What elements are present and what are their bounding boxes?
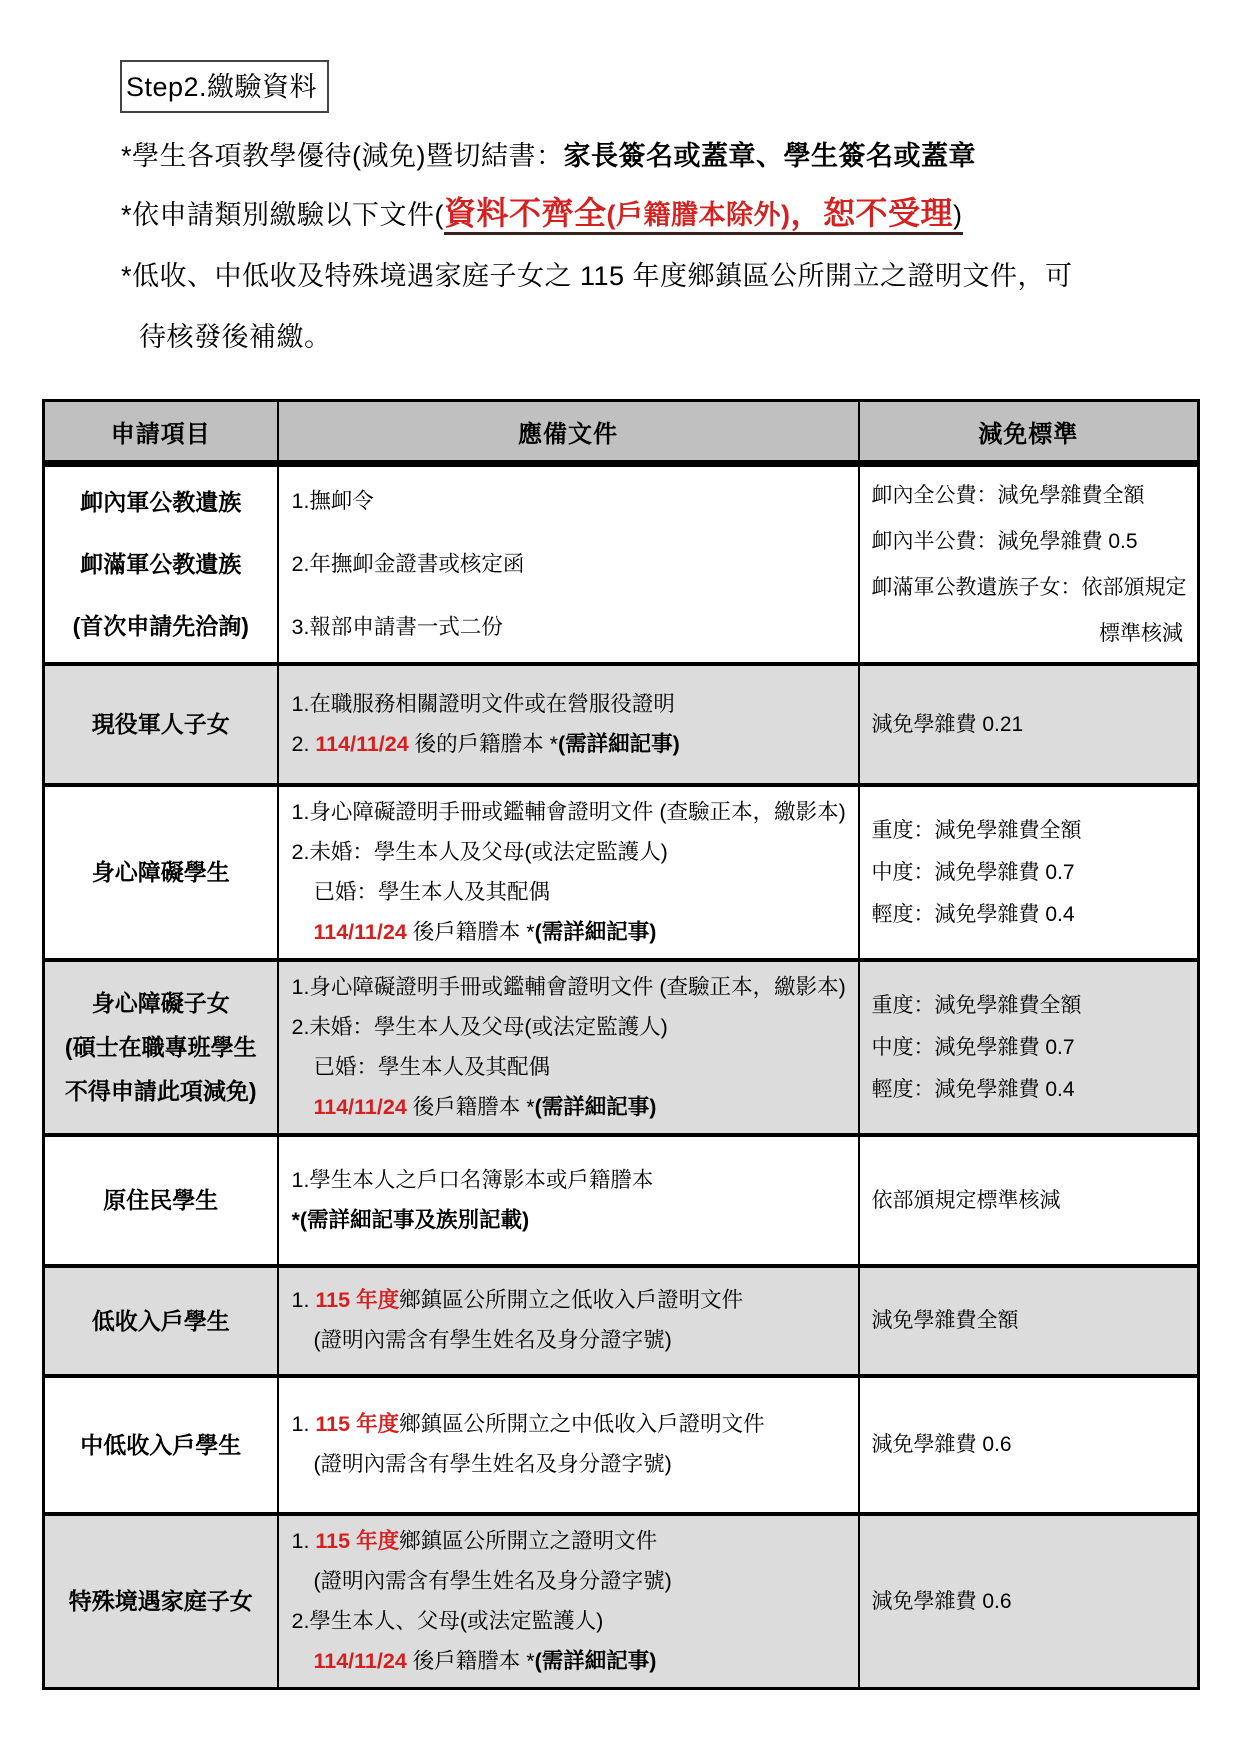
text-segment: (證明內需含有學生姓名及身分證字號) [314, 1452, 672, 1476]
standard-line: 依部頒規定標準核減 [872, 1187, 1190, 1214]
text-segment: 標準核減 [1099, 622, 1183, 645]
text-segment: (需詳細記事) [558, 732, 680, 756]
application-item-cell: 卹內軍公教遺族卹滿軍公教遺族(首次申請先洽詢) [44, 464, 278, 664]
incomplete-warning: 資料不齊全(戶籍謄本除外)，恕不受理) [444, 200, 963, 235]
text-segment: 後戶籍謄本 * [407, 920, 535, 944]
text-segment: 卹滿軍公教遺族子女：依部頒規定 [872, 576, 1187, 599]
text-segment: 減免學雜費 0.21 [872, 713, 1024, 736]
highlighted-date-text: 114/11/24 [314, 1649, 407, 1673]
standard-line: 減免學雜費 0.6 [872, 1588, 1190, 1615]
standard-line: 中度：減免學雜費 0.7 [872, 859, 1190, 886]
standard-line: 輕度：減免學雜費 0.4 [872, 901, 1190, 928]
text-segment: 依部頒規定標準核減 [872, 1189, 1061, 1212]
text-segment: 1.學生本人之戶口名簿影本或戶籍謄本 [292, 1168, 654, 1192]
document-line: 2.年撫卹金證書或核定函 [292, 551, 848, 578]
note-signature-bold: 家長簽名或蓋章、學生簽名或蓋章 [564, 141, 977, 171]
highlighted-date-text: 115 年度 [315, 1412, 399, 1436]
text-segment: 減免學雜費全額 [872, 1309, 1019, 1332]
application-item-cell: 低收入戶學生 [44, 1266, 278, 1376]
application-item-line: 不得申請此項減免) [65, 1078, 257, 1104]
document-line: 1. 115 年度鄉鎮區公所開立之證明文件 [292, 1528, 848, 1555]
text-segment: 1. [292, 1529, 316, 1553]
standard-line: 減免學雜費 0.6 [872, 1431, 1190, 1458]
table-row: 特殊境遇家庭子女1. 115 年度鄉鎮區公所開立之證明文件(證明內需含有學生姓名… [44, 1514, 1199, 1689]
document-line: 1.撫卹令 [292, 488, 848, 515]
text-segment: (證明內需含有學生姓名及身分證字號) [314, 1328, 672, 1352]
text-segment: 1. [292, 1412, 316, 1436]
warning-paren: (戶籍謄本除外) [607, 200, 791, 230]
application-item-line: 特殊境遇家庭子女 [69, 1588, 253, 1614]
standard-line: 卹滿軍公教遺族子女：依部頒規定 [872, 574, 1190, 601]
text-segment: 鄉鎮區公所開立之低收入戶證明文件 [399, 1288, 743, 1312]
notes-section: *學生各項教學優待(減免)暨切結書：家長簽名或蓋章、學生簽名或蓋章 *依申請類別… [121, 139, 1181, 355]
text-segment: (證明內需含有學生姓名及身分證字號) [314, 1569, 672, 1593]
application-item-line: 身心障礙子女 [92, 990, 230, 1016]
document-line: (證明內需含有學生姓名及身分證字號) [292, 1327, 848, 1354]
required-documents-cell: 1.學生本人之戶口名簿影本或戶籍謄本*(需詳細記事及族別記載) [278, 1135, 859, 1266]
text-segment: 2.未婚：學生本人及父母(或法定監護人) [292, 840, 668, 864]
text-segment: 卹內全公費：減免學雜費全額 [872, 484, 1145, 507]
reduction-standard-cell: 減免學雜費 0.6 [859, 1514, 1199, 1689]
document-line: 1. 115 年度鄉鎮區公所開立之中低收入戶證明文件 [292, 1411, 848, 1438]
document-line: (證明內需含有學生姓名及身分證字號) [292, 1568, 848, 1595]
text-segment: 中度：減免學雜費 0.7 [872, 1036, 1075, 1059]
document-line: 114/11/24 後戶籍謄本 *(需詳細記事) [292, 1648, 848, 1675]
table-row: 身心障礙學生1.身心障礙證明手冊或鑑輔會證明文件 (查驗正本，繳影本)2.未婚：… [44, 785, 1199, 960]
note-lowincome-line2: 待核發後補繳。 [121, 320, 1181, 355]
text-segment: 2.未婚：學生本人及父母(或法定監護人) [292, 1015, 668, 1039]
text-segment: 3.報部申請書一式二份 [292, 615, 503, 639]
text-segment: 2.年撫卹金證書或核定函 [292, 552, 525, 576]
text-segment: 後的戶籍謄本 * [409, 732, 558, 756]
text-segment: 1.身心障礙證明手冊或鑑輔會證明文件 (查驗正本，繳影本) [292, 800, 846, 824]
text-segment: 卹內半公費：減免學雜費 0.5 [872, 530, 1138, 553]
text-segment: (需詳細記事) [535, 1095, 657, 1119]
document-line: 2. 114/11/24 後的戶籍謄本 *(需詳細記事) [292, 731, 848, 758]
document-line: 1.身心障礙證明手冊或鑑輔會證明文件 (查驗正本，繳影本) [292, 799, 848, 826]
application-item-line: 身心障礙學生 [92, 859, 230, 885]
text-segment: 2.學生本人、父母(或法定監護人) [292, 1609, 604, 1633]
required-documents-cell: 1.在職服務相關證明文件或在營服役證明2. 114/11/24 後的戶籍謄本 *… [278, 664, 859, 785]
text-segment: 1.在職服務相關證明文件或在營服役證明 [292, 692, 675, 716]
note-signature-prefix: *學生各項教學優待(減免)暨切結書： [121, 141, 564, 171]
reduction-standard-cell: 重度：減免學雜費全額中度：減免學雜費 0.7輕度：減免學雜費 0.4 [859, 960, 1199, 1135]
document-line: (證明內需含有學生姓名及身分證字號) [292, 1451, 848, 1478]
text-segment: 鄉鎮區公所開立之中低收入戶證明文件 [399, 1412, 765, 1436]
note-signature: *學生各項教學優待(減免)暨切結書：家長簽名或蓋章、學生簽名或蓋章 [121, 139, 1181, 174]
document-line: 1. 115 年度鄉鎮區公所開立之低收入戶證明文件 [292, 1287, 848, 1314]
application-item-line: (首次申請先洽詢) [73, 613, 249, 639]
document-line: 已婚：學生本人及其配偶 [292, 1054, 848, 1081]
text-segment: 重度：減免學雜費全額 [872, 994, 1082, 1017]
table-row: 低收入戶學生1. 115 年度鄉鎮區公所開立之低收入戶證明文件(證明內需含有學生… [44, 1266, 1199, 1376]
standard-line: 標準核減 [872, 620, 1190, 647]
table-row: 原住民學生1.學生本人之戶口名簿影本或戶籍謄本*(需詳細記事及族別記載)依部頒規… [44, 1135, 1199, 1266]
standard-line: 輕度：減免學雜費 0.4 [872, 1076, 1190, 1103]
text-segment: *(需詳細記事及族別記載) [292, 1208, 530, 1232]
standard-line: 重度：減免學雜費全額 [872, 992, 1190, 1019]
text-segment: 後戶籍謄本 * [407, 1649, 535, 1673]
required-documents-cell: 1.身心障礙證明手冊或鑑輔會證明文件 (查驗正本，繳影本)2.未婚：學生本人及父… [278, 785, 859, 960]
document-line: 114/11/24 後戶籍謄本 *(需詳細記事) [292, 919, 848, 946]
document-line: 2.學生本人、父母(或法定監護人) [292, 1608, 848, 1635]
standard-line: 卹內半公費：減免學雜費 0.5 [872, 528, 1190, 555]
document-line: 3.報部申請書一式二份 [292, 614, 848, 641]
application-item-line: 低收入戶學生 [92, 1308, 230, 1334]
header-application-item: 申請項目 [44, 401, 278, 464]
application-item-cell: 特殊境遇家庭子女 [44, 1514, 278, 1689]
text-segment: 已婚：學生本人及其配偶 [314, 880, 551, 904]
application-item-line: 原住民學生 [103, 1187, 218, 1213]
table-row: 卹內軍公教遺族卹滿軍公教遺族(首次申請先洽詢)1.撫卹令2.年撫卹金證書或核定函… [44, 464, 1199, 664]
document-line: 2.未婚：學生本人及父母(或法定監護人) [292, 839, 848, 866]
document-line: 2.未婚：學生本人及父母(或法定監護人) [292, 1014, 848, 1041]
standard-line: 重度：減免學雜費全額 [872, 817, 1190, 844]
step-title-box: Step2.繳驗資料 [120, 60, 329, 113]
note-lowincome-line1: *低收、中低收及特殊境遇家庭子女之 115 年度鄉鎮區公所開立之證明文件，可 [121, 259, 1181, 294]
reduction-standard-cell: 減免學雜費 0.6 [859, 1376, 1199, 1514]
standard-line: 中度：減免學雜費 0.7 [872, 1034, 1190, 1061]
warning-text-2: ，恕不受理 [791, 195, 954, 231]
table-row: 身心障礙子女(碩士在職專班學生不得申請此項減免)1.身心障礙證明手冊或鑑輔會證明… [44, 960, 1199, 1135]
table-header: 申請項目 應備文件 減免標準 [44, 401, 1199, 464]
application-item-cell: 身心障礙學生 [44, 785, 278, 960]
text-segment: 已婚：學生本人及其配偶 [314, 1055, 551, 1079]
standard-line: 卹內全公費：減免學雜費全額 [872, 482, 1190, 509]
text-segment: 減免學雜費 0.6 [872, 1433, 1012, 1456]
document-line: 已婚：學生本人及其配偶 [292, 879, 848, 906]
text-segment: (需詳細記事) [535, 1649, 657, 1673]
reduction-standard-cell: 依部頒規定標準核減 [859, 1135, 1199, 1266]
text-segment: 減免學雜費 0.6 [872, 1590, 1012, 1613]
reduction-standard-cell: 減免學雜費 0.21 [859, 664, 1199, 785]
text-segment: 重度：減免學雜費全額 [872, 819, 1082, 842]
document-line: 1.學生本人之戶口名簿影本或戶籍謄本 [292, 1167, 848, 1194]
table-row: 中低收入戶學生1. 115 年度鄉鎮區公所開立之中低收入戶證明文件(證明內需含有… [44, 1376, 1199, 1514]
application-item-line: 卹內軍公教遺族 [80, 489, 241, 515]
application-item-cell: 原住民學生 [44, 1135, 278, 1266]
application-item-line: (碩士在職專班學生 [65, 1034, 257, 1060]
required-documents-cell: 1. 115 年度鄉鎮區公所開立之證明文件(證明內需含有學生姓名及身分證字號)2… [278, 1514, 859, 1689]
document-line: 1.在職服務相關證明文件或在營服役證明 [292, 691, 848, 718]
reduction-standard-cell: 重度：減免學雜費全額中度：減免學雜費 0.7輕度：減免學雜費 0.4 [859, 785, 1199, 960]
text-segment: 1.撫卹令 [292, 489, 374, 513]
application-item-cell: 身心障礙子女(碩士在職專班學生不得申請此項減免) [44, 960, 278, 1135]
document-line: 114/11/24 後戶籍謄本 *(需詳細記事) [292, 1094, 848, 1121]
application-item-line: 現役軍人子女 [92, 711, 230, 737]
text-segment: 1. [292, 1288, 316, 1312]
highlighted-date-text: 114/11/24 [314, 920, 407, 944]
fee-reduction-table-wrap: 申請項目 應備文件 減免標準 卹內軍公教遺族卹滿軍公教遺族(首次申請先洽詢)1.… [42, 399, 1241, 1690]
required-documents-cell: 1.撫卹令2.年撫卹金證書或核定函3.報部申請書一式二份 [278, 464, 859, 664]
required-documents-cell: 1. 115 年度鄉鎮區公所開立之低收入戶證明文件(證明內需含有學生姓名及身分證… [278, 1266, 859, 1376]
text-segment: 1.身心障礙證明手冊或鑑輔會證明文件 (查驗正本，繳影本) [292, 975, 846, 999]
document-page: Step2.繳驗資料 *學生各項教學優待(減免)暨切結書：家長簽名或蓋章、學生簽… [0, 0, 1241, 1755]
standard-line: 減免學雜費 0.21 [872, 711, 1190, 738]
text-segment: 2. [292, 732, 316, 756]
required-documents-cell: 1.身心障礙證明手冊或鑑輔會證明文件 (查驗正本，繳影本)2.未婚：學生本人及父… [278, 960, 859, 1135]
table-row: 現役軍人子女1.在職服務相關證明文件或在營服役證明2. 114/11/24 後的… [44, 664, 1199, 785]
note-documents-prefix: *依申請類別繳驗以下文件( [121, 200, 444, 230]
text-segment: (需詳細記事) [535, 920, 657, 944]
required-documents-cell: 1. 115 年度鄉鎮區公所開立之中低收入戶證明文件(證明內需含有學生姓名及身分… [278, 1376, 859, 1514]
text-segment: 輕度：減免學雜費 0.4 [872, 903, 1075, 926]
note-documents: *依申請類別繳驗以下文件(資料不齊全(戶籍謄本除外)，恕不受理) [121, 196, 1181, 233]
reduction-standard-cell: 卹內全公費：減免學雜費全額卹內半公費：減免學雜費 0.5卹滿軍公教遺族子女：依部… [859, 464, 1199, 664]
highlighted-date-text: 115 年度 [315, 1288, 399, 1312]
application-item-line: 卹滿軍公教遺族 [80, 551, 241, 577]
highlighted-date-text: 114/11/24 [315, 732, 408, 756]
application-item-cell: 中低收入戶學生 [44, 1376, 278, 1514]
reduction-table-body: 卹內軍公教遺族卹滿軍公教遺族(首次申請先洽詢)1.撫卹令2.年撫卹金證書或核定函… [44, 464, 1199, 1689]
text-segment: 後戶籍謄本 * [407, 1095, 535, 1119]
text-segment: 鄉鎮區公所開立之證明文件 [399, 1529, 657, 1553]
step-title: Step2.繳驗資料 [126, 72, 317, 102]
document-line: *(需詳細記事及族別記載) [292, 1207, 848, 1234]
warning-text-1: 資料不齊全 [444, 195, 607, 231]
text-segment: 輕度：減免學雜費 0.4 [872, 1078, 1075, 1101]
application-item-line: 中低收入戶學生 [80, 1432, 241, 1458]
fee-reduction-table: 申請項目 應備文件 減免標準 卹內軍公教遺族卹滿軍公教遺族(首次申請先洽詢)1.… [42, 399, 1200, 1690]
note-documents-suffix: ) [953, 200, 963, 230]
standard-line: 減免學雜費全額 [872, 1307, 1190, 1334]
text-segment: 中度：減免學雜費 0.7 [872, 861, 1075, 884]
reduction-standard-cell: 減免學雜費全額 [859, 1266, 1199, 1376]
document-line: 1.身心障礙證明手冊或鑑輔會證明文件 (查驗正本，繳影本) [292, 974, 848, 1001]
highlighted-date-text: 114/11/24 [314, 1095, 407, 1119]
header-required-documents: 應備文件 [278, 401, 859, 464]
application-item-cell: 現役軍人子女 [44, 664, 278, 785]
header-reduction-standard: 減免標準 [859, 401, 1199, 464]
highlighted-date-text: 115 年度 [315, 1529, 399, 1553]
